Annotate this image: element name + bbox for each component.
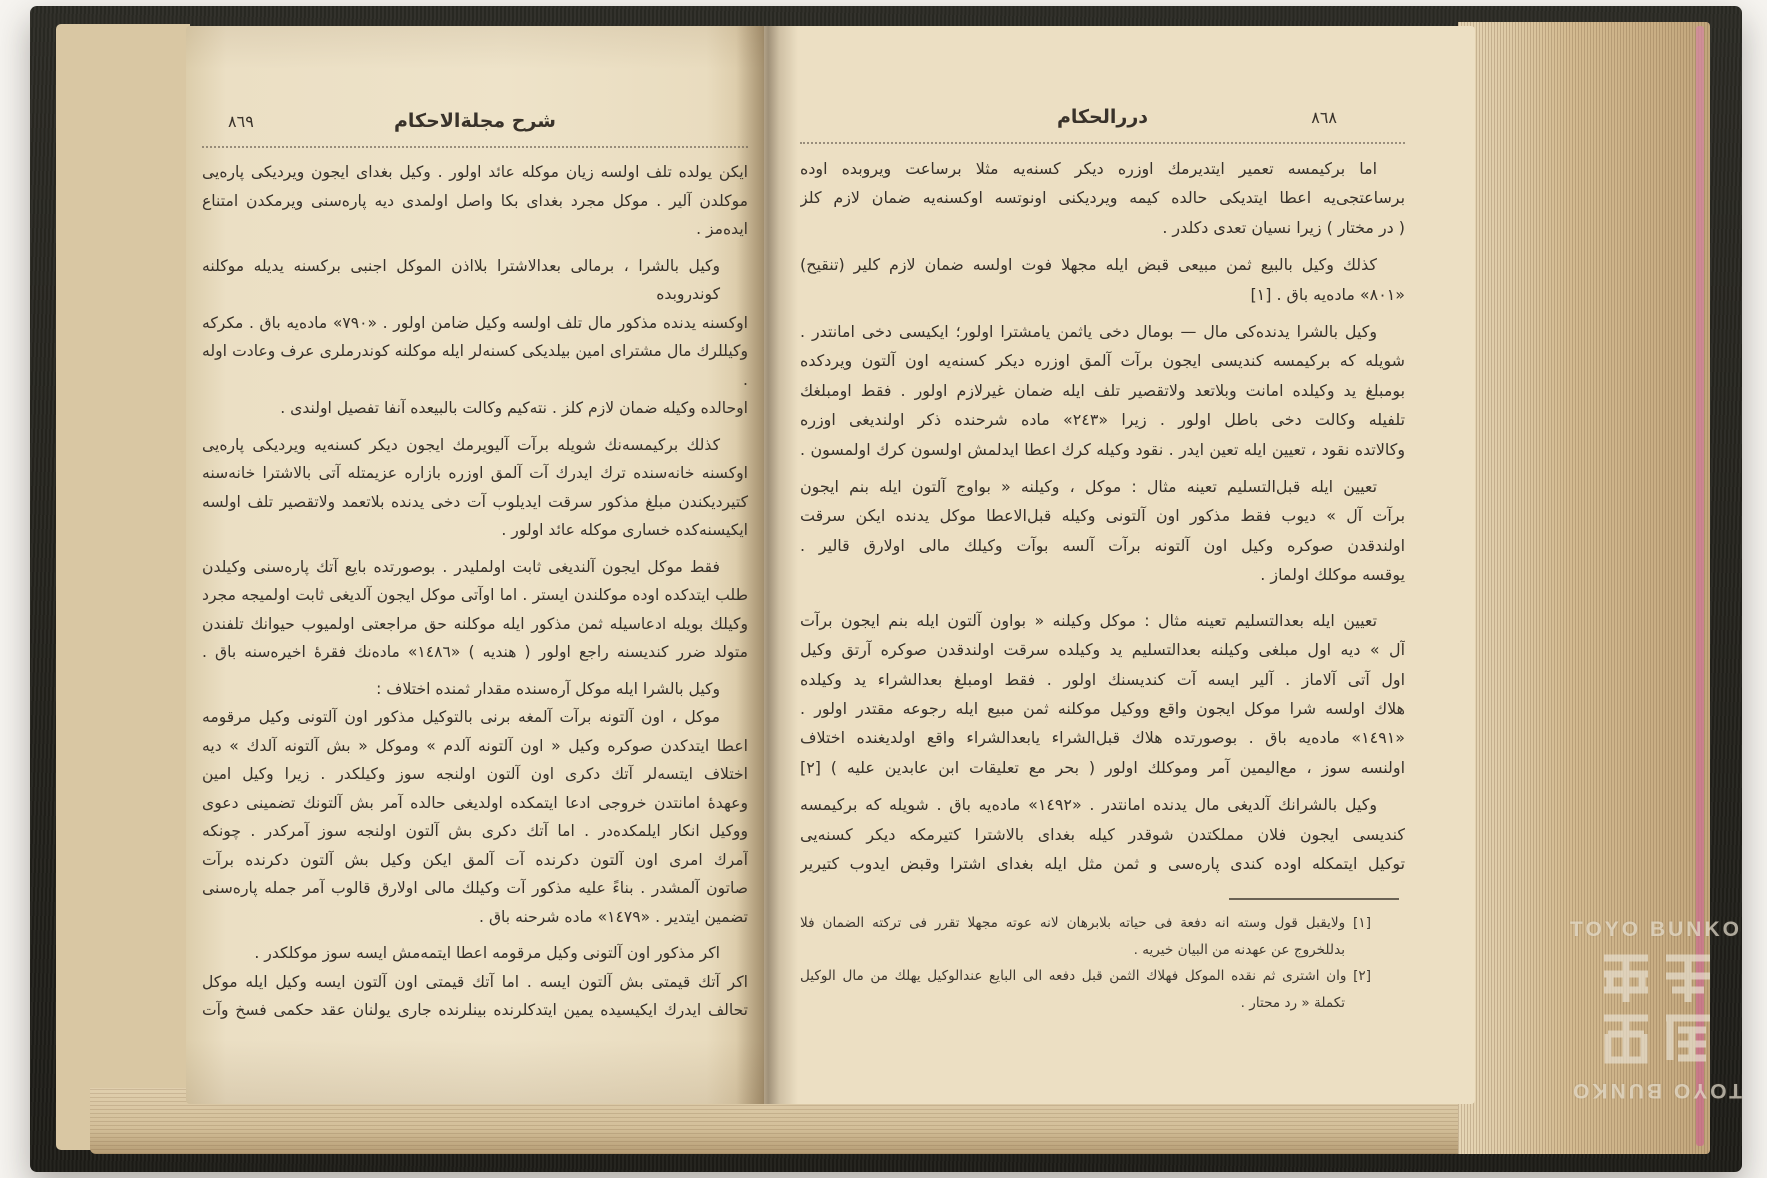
text-line: صاتون آلمشدر . بناءً عليه مذكور آت وكيلك… [202,874,748,903]
footnote-line: [١] ولايقبل قول وسته انه دفعة فى حياته ب… [800,910,1405,937]
left-header-rule [202,146,748,148]
text-line: توكيل ايتمكله اوده كندى پاره‌سى و ثمن مث… [800,849,1405,878]
text-line: كذلك وكيل بالبيع ثمن مبيعى قبض ايله مجهل… [800,250,1405,279]
text-line: بومبلغ يد وكيلده امانت وبلاتعد ولاتقصير … [800,376,1405,405]
text-line: متولد ضرر كنديسنه راجع اولور ( هنديه ) «… [202,638,748,667]
text-line: كذلك بركيمسه‌نك شويله برآت آليويرمك ايجو… [202,431,748,460]
text-line: ووكيل انكار ايلمكده‌در . اما آتك دكرى بش… [202,817,748,846]
text-line: موكل ، اون آلتونه برآت آلمغه برنى بالتوك… [202,703,748,732]
text-line: اوحالده وكيله ضمان لازم كلز . نته‌كيم وك… [202,394,748,423]
text-line: آل » ديه اول مبلغى وكيلنه بعدالتسليم يد … [800,635,1405,664]
right-header-rule [800,142,1405,144]
text-line: كتيرديكندن مبلغ مذكور سرقت ايديلوب آت دخ… [202,488,748,517]
text-line: اعطا ايتدكدن صوكره وكيل « اون آلتونه آلد… [202,732,748,761]
right-page-footnotes: [١] ولايقبل قول وسته انه دفعة فى حياته ب… [800,910,1405,1016]
text-line: «٨٠١» ماده‌يه باق . [١] [800,280,1405,309]
text-line: اولندقدن صوكره وكيل اون آلتونه برآت آلسه… [800,531,1405,560]
text-line: وكيل بالشرانك آلديغى مال يدنده امانتدر .… [800,790,1405,819]
text-line: اختلاف ايتسه‌لر آتك دكرى اون آلتون اولنج… [202,760,748,789]
text-line: تحالف ايدرك ايكيسيده يمين ايتدكلرنده بين… [202,996,748,1025]
text-line: وكيللرك مال مشتراى امين بيلديكى كسنه‌لر … [202,337,748,394]
text-line: تلفيله وكالت دخى باطل اولور . زيرا «٢٤٣»… [800,405,1405,434]
text-line: وعهدهٔ امانتدن خروجى ادعا ايتمكده اولديغ… [202,789,748,818]
text-line: وكيلك بويله ادعاسيله ثمن مذكور ايله موكل… [202,610,748,639]
right-page-body: اما بركيمسه تعمير ايتديرمك اوزره ديكر كس… [800,154,1405,878]
left-page-number: ٨٦٩ [228,112,254,131]
colored-edge-strip [1696,26,1704,1146]
text-line: برآت آل » ديوب فقط مذكور اون آلتونى وكيل… [800,501,1405,530]
right-page: ٨٦٨ دررالحكام اما بركيمسه تعمير ايتديرمك… [764,26,1475,1104]
text-line: طلب ايتدكده اوده موكلندن ايستر . اما اوآ… [202,581,748,610]
text-line: وكيل بالشرا يدنده‌كى مال — بومال دخى ياث… [800,317,1405,346]
text-line: اما بركيمسه تعمير ايتديرمك اوزره ديكر كس… [800,154,1405,183]
left-page: ٨٦٩ شرح مجلةالاحكام ايكن يولده تلف اولسه… [186,26,764,1104]
text-line: ايده‌مز . [202,215,748,244]
footnote-separator [1229,898,1399,900]
text-line: ايكن يولده تلف اولسه زيان موكله عائد اول… [202,158,748,187]
text-line: فقط موكل ايجون آلنديغى ثابت اولمليدر . ب… [202,553,748,582]
fore-edge-right [1458,22,1710,1154]
text-line: آمرك امرى اون آلتون دكرنده آت آلمق ايكن … [202,846,748,875]
text-line: اكر مذكور اون آلتونى وكيل مرقومه اعطا اي… [202,939,748,968]
text-line: وكيل بالشرا ايله موكل آره‌سنده مقدار ثمن… [202,675,748,704]
right-page-number: ٨٦٨ [1311,108,1337,127]
text-line: وكالاتده نقود ، تعيين ايله تعين ايدر . ن… [800,435,1405,464]
left-running-title: شرح مجلةالاحكام [202,110,748,132]
text-line: اول آتى آلاماز . آلير ايسه آت كنديسنك او… [800,665,1405,694]
text-line: اوكسنه خانه‌سنده ترك ايدرك آت آلمق اوزره… [202,459,748,488]
text-line: «١٤٩١» ماده‌يه باق . بوصورتده هلاك قبل‌ا… [800,723,1405,752]
right-page-header: ٨٦٨ دررالحكام [800,106,1405,136]
text-line: وكيل بالشرا ، برمالى بعدالاشترا بلااذن ا… [202,252,748,309]
text-line: هلاك اولسه شرا موكل ايجون واقع ووكيل موك… [800,694,1405,723]
photo-background: ٨٦٩ شرح مجلةالاحكام ايكن يولده تلف اولسه… [0,0,1767,1178]
text-line: ايكيسنه‌كده خسارى موكله عائد اولور . [202,516,748,545]
text-line: كنديسى ايجون فلان مملكتدن شوقدر كيله بغد… [800,820,1405,849]
footnote-line: تكملة « رد محتار . [800,990,1405,1017]
footnote-line: [٢] وان اشترى ثم نقده الموكل فهلاك الثمن… [800,963,1405,990]
text-line: موكلدن آلير . موكل مجرد بغداى بكا واصل ا… [202,187,748,216]
text-line: ( در مختار ) زيرا نسيان تعدى دكلدر . [800,213,1405,242]
page-edge-stack-left [56,24,190,1150]
text-line: اوكسنه يدنده مذكور مال تلف اولسه وكيل ضا… [202,309,748,338]
text-line: اكر آتك قيمتى بش آلتون ايسه . اما آتك قي… [202,968,748,997]
footnote-line: بدللخروج عن عهدنه من البيان خيريه . [800,937,1405,964]
text-line: برساعتجى‌يه اعطا ايتديكى حالده كيمه ويرد… [800,183,1405,212]
book-cover: ٨٦٩ شرح مجلةالاحكام ايكن يولده تلف اولسه… [30,6,1742,1172]
text-line: تضمين ايتدير . «١٤٧٩» ماده شرحنه باق . [202,903,748,932]
left-page-header: ٨٦٩ شرح مجلةالاحكام [202,110,748,140]
text-line: اولنسه سوز ، مع‌اليمين آمر وموكلك اولور … [800,753,1405,782]
text-line: يوقسه موكلك اولماز . [800,560,1405,589]
left-page-body: ايكن يولده تلف اولسه زيان موكله عائد اول… [202,158,748,1025]
text-line: تعيين ايله بعدالتسليم تعينه مثال : موكل … [800,606,1405,635]
text-line: شويله كه بركيمسه كنديسى ايجون برآت آلمق … [800,346,1405,375]
text-line: تعيين ايله قبل‌التسليم تعينه مثال : موكل… [800,472,1405,501]
